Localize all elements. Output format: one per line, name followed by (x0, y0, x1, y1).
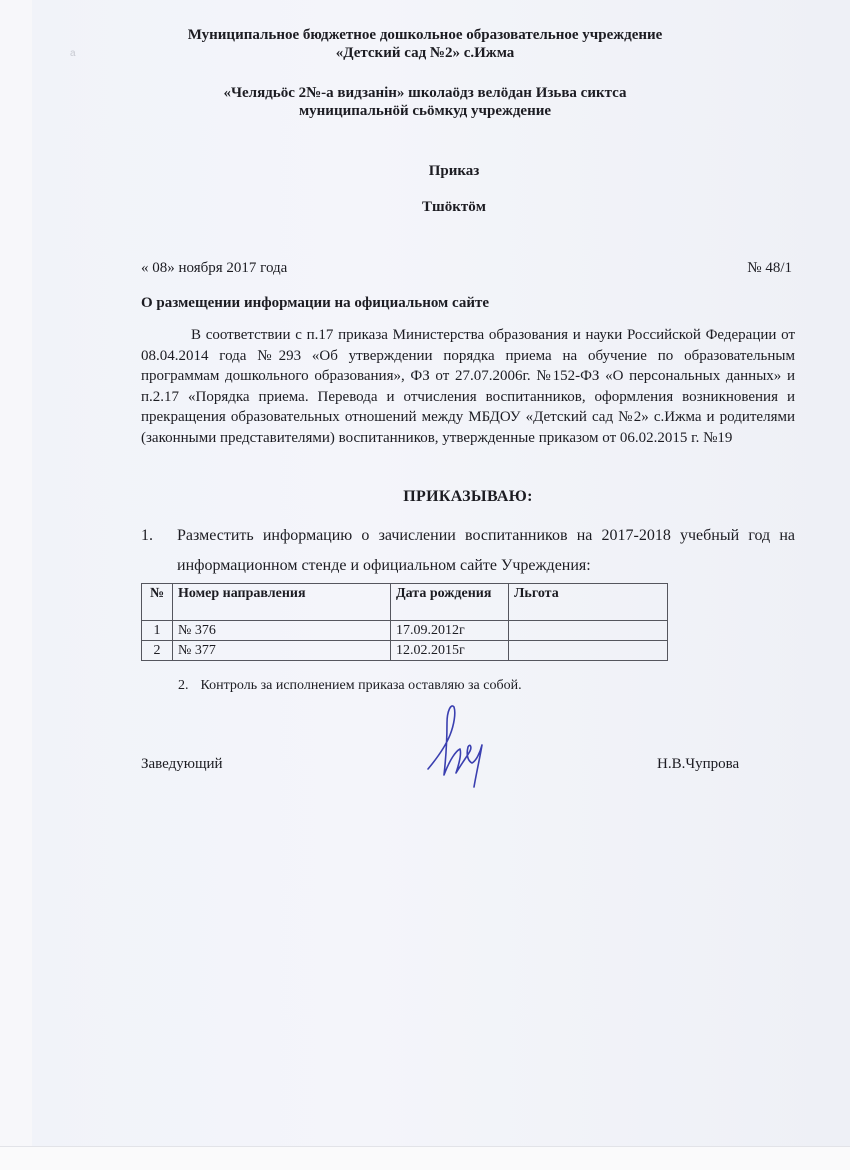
cell-birthdate: 17.09.2012г (391, 621, 509, 641)
order-date: « 08» ноября 2017 года (141, 260, 287, 277)
order-item-text: Разместить информацию о зачислении воспи… (177, 521, 795, 581)
order-subject: О размещении информации на официальном с… (141, 295, 489, 312)
column-header-number: № (142, 584, 173, 621)
order-item-text: Контроль за исполнением приказа оставляю… (201, 678, 522, 693)
table-header-row: № Номер направления Дата рождения Льгота (142, 584, 668, 621)
table-row: 2 № 377 12.02.2015г (142, 641, 668, 661)
cell-birthdate: 12.02.2015г (391, 641, 509, 661)
enrollment-table: № Номер направления Дата рождения Льгота… (141, 583, 668, 661)
signer-role: Заведующий (141, 756, 223, 773)
order-item-number: 1. (141, 521, 153, 551)
org-name-line2: «Детский сад №2» с.Ижма (0, 44, 850, 62)
column-header-referral: Номер направления (173, 584, 391, 621)
org-name-komi-line1: «Челядьöс 2№-а видзанiн» школаöдз велöда… (0, 84, 850, 102)
scan-bottom-edge (0, 1146, 850, 1170)
org-name-line1: Муниципальное бюджетное дошкольное образ… (0, 26, 850, 44)
order-item-number: 2. (178, 678, 189, 693)
column-header-birthdate: Дата рождения (391, 584, 509, 621)
cell-benefit (509, 621, 668, 641)
order-number: № 48/1 (747, 260, 792, 277)
column-header-benefit: Льгота (509, 584, 668, 621)
cell-number: 1 (142, 621, 173, 641)
cell-referral: № 376 (173, 621, 391, 641)
signature-icon (420, 695, 530, 795)
cell-number: 2 (142, 641, 173, 661)
document-title-komi: Тшöктöм (0, 199, 850, 216)
cell-referral: № 377 (173, 641, 391, 661)
document-title: Приказ (0, 163, 850, 180)
order-item-2: 2.Контроль за исполнением приказа оставл… (178, 678, 522, 694)
table-row: 1 № 376 17.09.2012г (142, 621, 668, 641)
order-item-1: 1. Разместить информацию о зачислении во… (141, 521, 795, 581)
order-heading: ПРИКАЗЫВАЮ: (0, 488, 850, 506)
org-name-komi-line2: муниципальнöй сьöмкуд учреждение (0, 102, 850, 120)
signer-name: Н.В.Чупрова (657, 756, 739, 773)
cell-benefit (509, 641, 668, 661)
preamble-paragraph: В соответствии с п.17 приказа Министерст… (141, 325, 795, 448)
